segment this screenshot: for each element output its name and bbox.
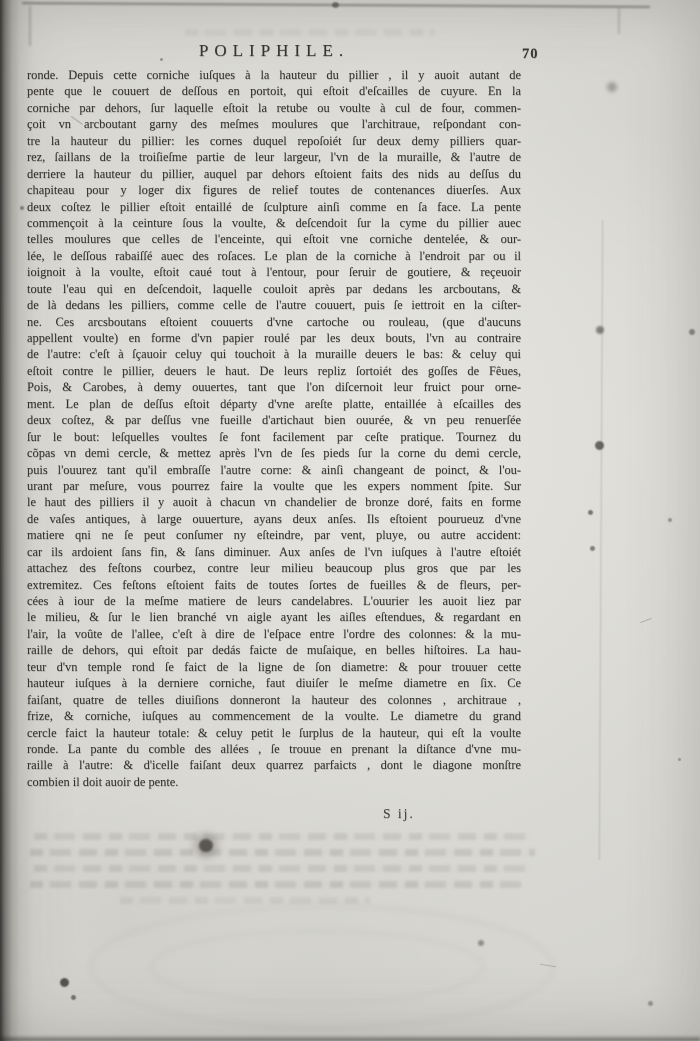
ink-speck — [60, 978, 69, 987]
text-line: toute l'eau qui en deſcendoit, laquelle … — [27, 281, 521, 297]
signature-mark: S ij. — [383, 806, 415, 822]
text-line: combien il doit auoir de pente. — [27, 774, 521, 790]
text-line: extremitez. Ces feſtons eſtoient faits d… — [27, 577, 521, 593]
text-line: de vaſes antiques, à large ouuerture, ay… — [27, 511, 521, 527]
text-line: matiere qni ne ſe peut conſumer ny eſtei… — [27, 527, 521, 543]
ink-speck — [595, 441, 604, 450]
text-line: lée, le deſſous rabaiſſé auec des roſace… — [27, 248, 521, 264]
text-line: de là dedans les pilliers, comme celle d… — [27, 297, 521, 313]
text-line: le milieu, & ſur le lien branché vn aigl… — [27, 609, 521, 625]
text-line: deux coſtez, & par deſſus vne fueille d'… — [27, 412, 521, 428]
text-line: tre la hauteur du pillier: les cornes du… — [27, 133, 521, 149]
page-edge-line — [29, 6, 31, 46]
text-line: cées à iour de la meſme matiere de leurs… — [27, 593, 521, 609]
paper-crease — [598, 220, 603, 860]
ink-speck — [478, 940, 484, 946]
text-line: chapiteau pour y loger dix figures de re… — [27, 182, 521, 198]
show-through-text — [30, 881, 522, 888]
text-line: cercle faict la hauteur totale: & celuy … — [27, 725, 521, 741]
text-line: hauteur iuſques à la derniere corniche, … — [27, 675, 521, 691]
text-line: ſur le bout: leſquelles voultes ſe font … — [27, 429, 521, 445]
ink-speck — [199, 839, 213, 852]
text-line: çoit vn arcboutant garny des meſmes moul… — [27, 116, 521, 132]
page-edge-bottom — [0, 1035, 700, 1041]
ink-speck — [596, 326, 604, 334]
text-line: teur d'vn temple rond ſe faict de la lig… — [27, 659, 521, 675]
ink-speck — [678, 758, 681, 761]
text-line: eſtoit contre le pillier, deuers le haut… — [27, 363, 521, 379]
show-through-text — [34, 833, 532, 840]
text-line: pente que le couuert de deſſous en porto… — [27, 83, 521, 99]
text-line: frize, & corniche, iuſques au commenceme… — [27, 708, 521, 724]
show-through-text — [34, 865, 532, 872]
ink-speck — [648, 1001, 653, 1006]
show-through-text — [30, 849, 535, 856]
text-line: l'air, la voûte de l'allee, c'eſt à dire… — [27, 626, 521, 642]
show-through-figure — [150, 930, 484, 1004]
text-line: Pois, & Carobes, à demy ouuertes, tant q… — [27, 379, 521, 395]
text-line: raille de dehors, qui eſtoit par dedás f… — [27, 642, 521, 658]
text-line: appellent voulte) en forme d'vn papier r… — [27, 330, 521, 346]
text-line: ne. Ces arcsboutans eſtoient couuerts d'… — [27, 314, 521, 330]
ink-speck — [689, 329, 695, 335]
text-line: urant par meſure, vous pourrez faire la … — [27, 478, 521, 494]
ink-speck — [20, 206, 24, 210]
running-header: POLIPHILE. — [27, 41, 521, 61]
ink-speck — [607, 82, 617, 92]
page-title: POLIPHILE. — [199, 41, 349, 61]
text-line: le haut des pilliers il y auoit à chacun… — [27, 494, 521, 510]
page-number: 70 — [522, 46, 539, 63]
text-line: puis l'ouurez tant qu'il embraſſe l'autr… — [27, 462, 521, 478]
text-line: car ils ardoient ſans fin, & ſans diminu… — [27, 544, 521, 560]
text-line: commençoit à la ceinture ſous la voulte,… — [27, 215, 521, 231]
show-through-text — [120, 897, 370, 904]
text-line: corniche par dehors, ſur laquelle eſtoit… — [27, 100, 521, 116]
text-line: deux coſtez le pillier eſtoit entaillé d… — [27, 199, 521, 215]
text-line: derriere la hauteur du pillier, auquel p… — [27, 166, 521, 182]
text-line: ronde. La pante du comble des allées , ſ… — [27, 741, 521, 757]
text-block: ronde. Depuis cette corniche iuſques à l… — [27, 67, 521, 790]
text-line: ment. Le plan de deſſus eſtoit départy d… — [27, 396, 521, 412]
ink-speck — [588, 510, 593, 515]
text-line: attachez des feſtons courbez, contre leu… — [27, 560, 521, 576]
ink-speck — [668, 518, 672, 522]
text-line: cõpas vn demi cercle, & mettez après l'v… — [27, 445, 521, 461]
text-line: de l'autre: c'eſt à ſçauoir celuy qui to… — [27, 346, 521, 362]
show-through-text — [185, 29, 435, 36]
ink-speck — [332, 2, 339, 8]
ink-speck — [590, 546, 595, 551]
text-line: faiſant, quatre de telles diuiſions donn… — [27, 692, 521, 708]
text-line: telles moulures que celles de l'enceinte… — [27, 231, 521, 247]
text-line: raille à l'autre: & d'icelle faiſant deu… — [27, 757, 521, 773]
page-edge-line — [618, 8, 620, 34]
text-line: ronde. Depuis cette corniche iuſques à l… — [27, 67, 521, 83]
text-line: ioignoit à la voulte, eſtoit caué tout à… — [27, 264, 521, 280]
paper-fiber — [640, 618, 652, 623]
ink-speck — [71, 995, 76, 1000]
text-line: rez, ſaillans de la troiſieſme partie de… — [27, 149, 521, 165]
book-page-scan: POLIPHILE. 70 ronde. Depuis cette cornic… — [0, 0, 700, 1041]
ink-speck — [160, 58, 163, 61]
